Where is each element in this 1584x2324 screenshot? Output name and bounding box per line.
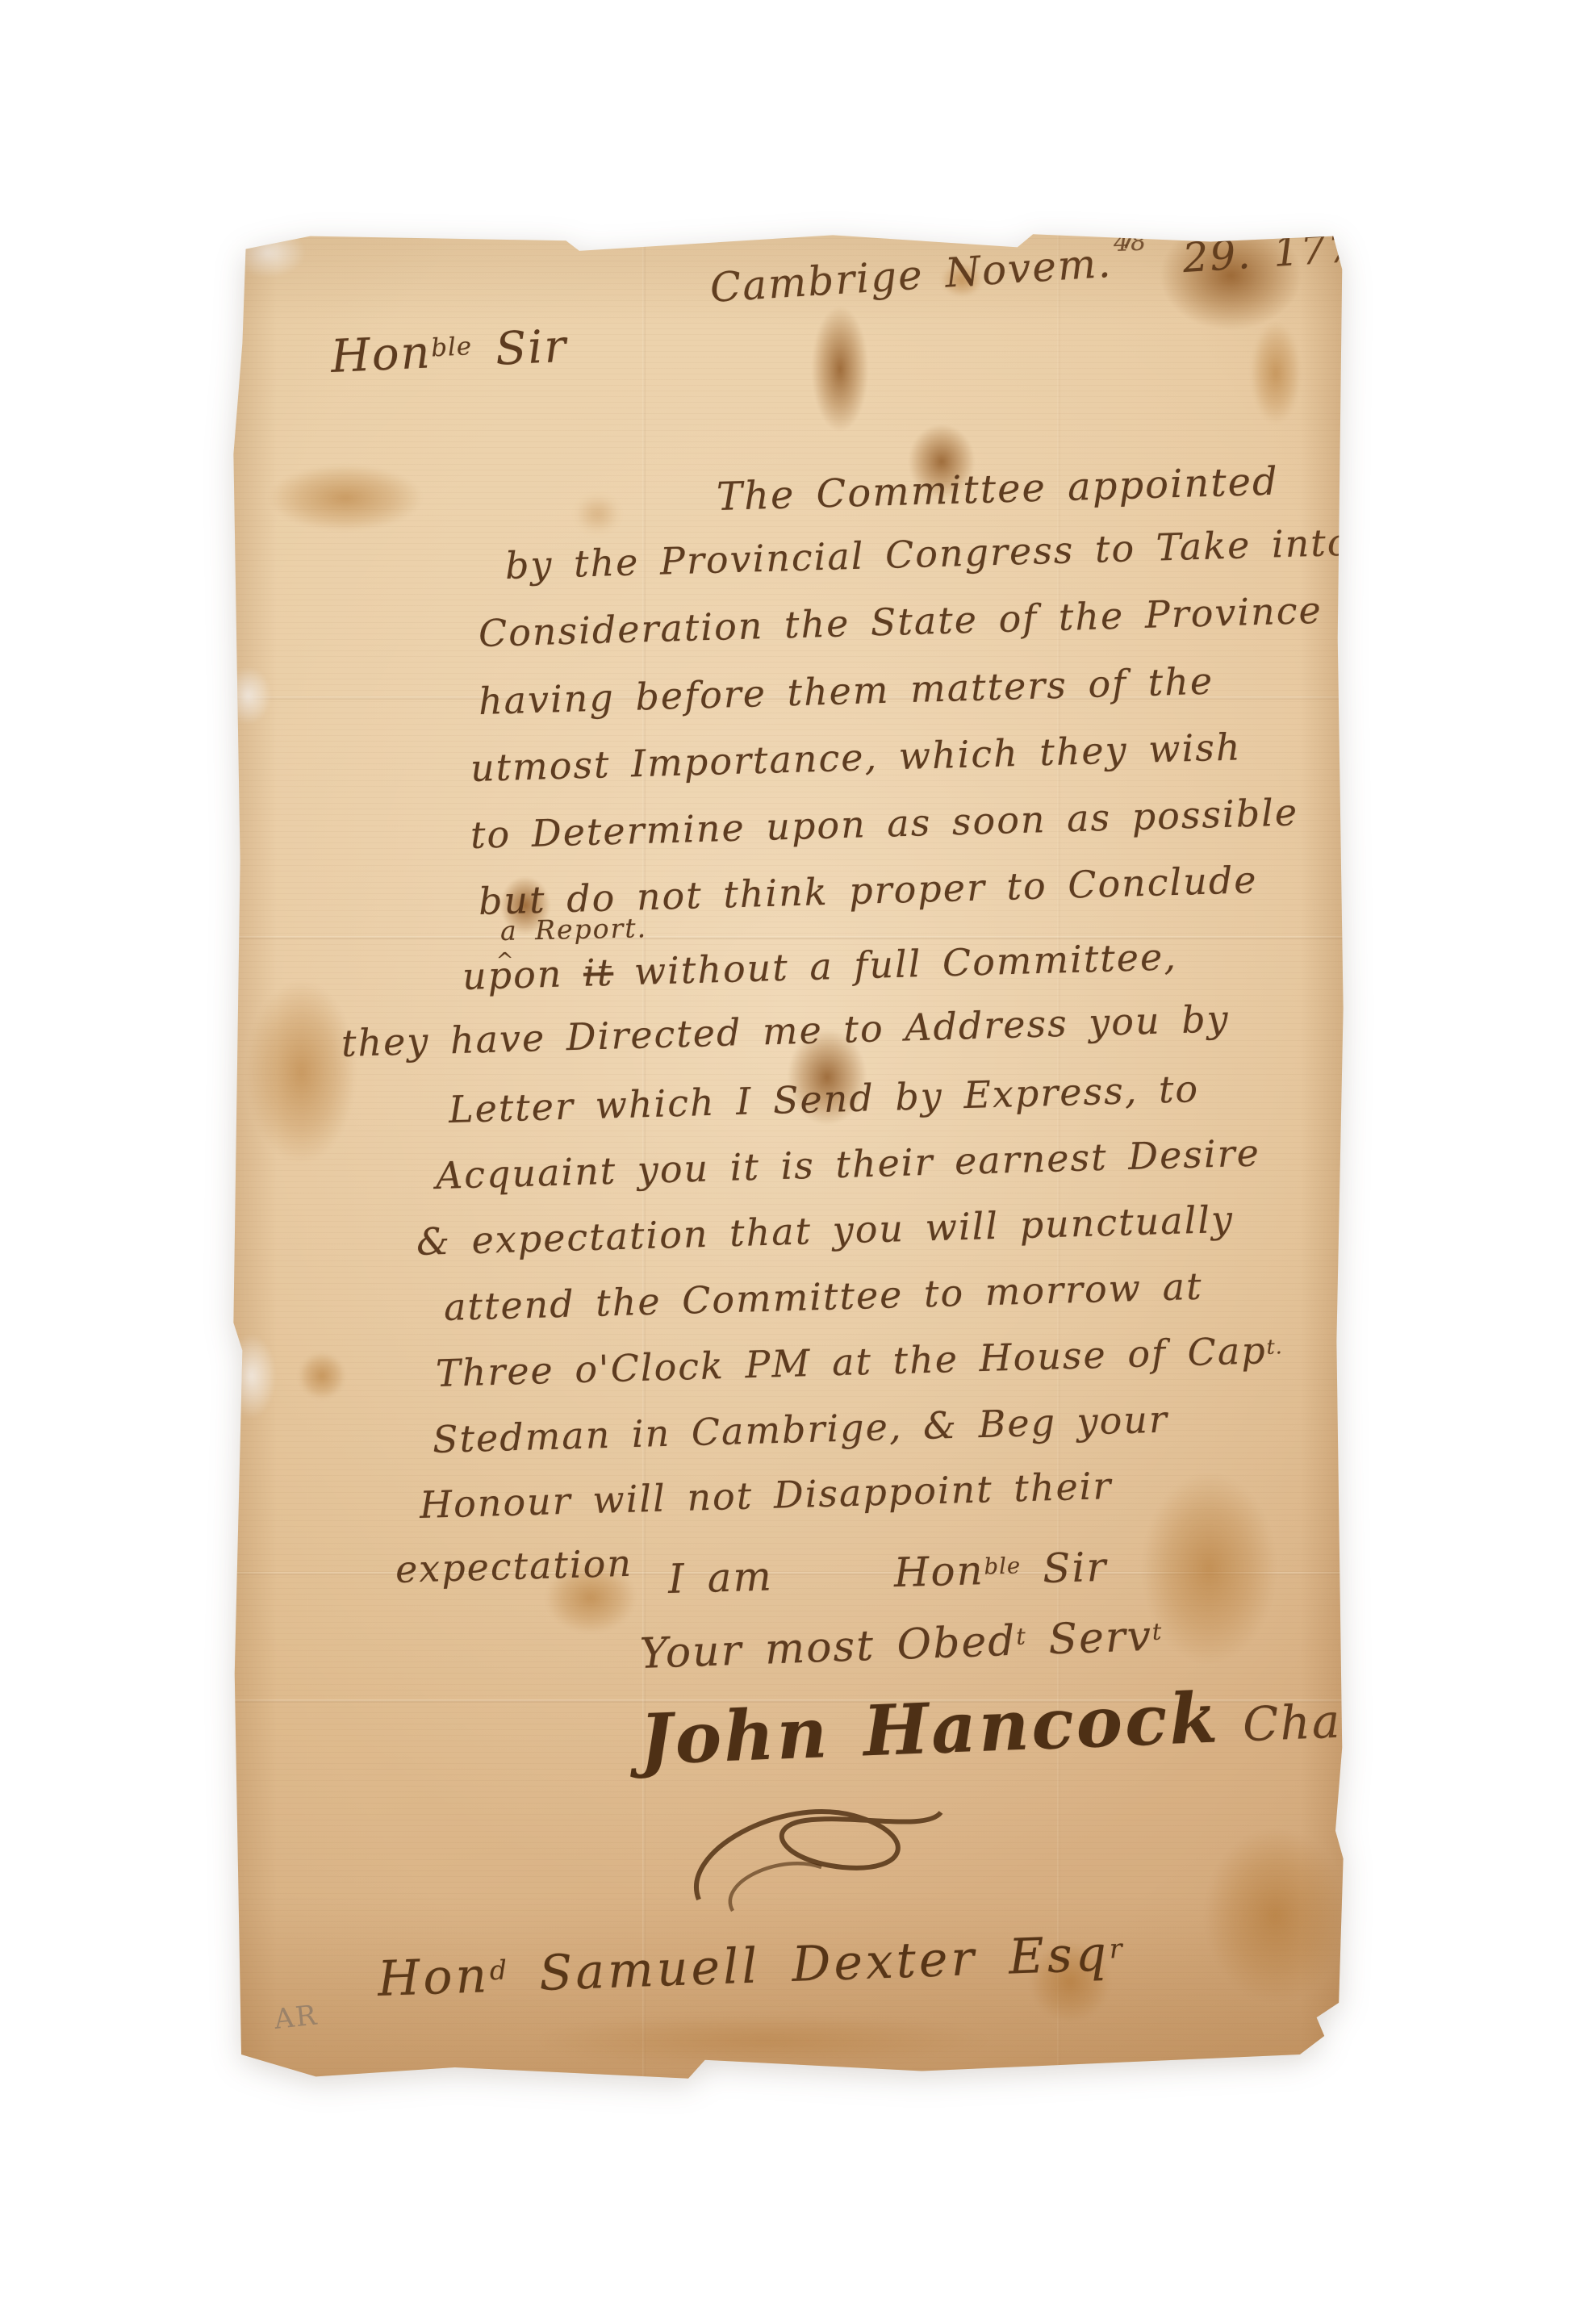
- line-text: Three o'Clock PM at the House of Cap: [435, 1328, 1267, 1395]
- closing-yours-superscript: t: [1151, 1618, 1163, 1645]
- paper-chip: [232, 232, 306, 278]
- closing-honble-superscript: ble: [984, 1553, 1022, 1579]
- salutation-text: Sir: [471, 320, 569, 377]
- closing-i-am: I am: [667, 1553, 773, 1603]
- address-superscript: r: [1109, 1933, 1123, 1965]
- signature: John HancockChairman: [638, 1667, 1344, 1781]
- paper-chip: [232, 667, 271, 725]
- address-line: Hond Samuell Dexter Esqr: [377, 1925, 1124, 2008]
- struck-word: it: [583, 951, 614, 995]
- abbreviation-flourish-icon: [1120, 232, 1174, 252]
- dateline-day-year: 29. 1774: [1181, 232, 1344, 282]
- stain: [812, 307, 868, 432]
- letter-line: Stedman in Cambrige, & Beg your: [432, 1398, 1168, 1461]
- salutation-superscript: ble: [430, 332, 472, 362]
- letter-line: by the Provincial Congress to Take into: [504, 520, 1344, 587]
- letter-line: The Committee appointed: [716, 459, 1279, 520]
- interlined-insertion: a Report. ^: [500, 912, 648, 947]
- salutation: Honble Sir: [330, 320, 569, 383]
- address-superscript: d: [489, 1954, 508, 1987]
- line-superscript: t.: [1266, 1335, 1283, 1359]
- dateline: Cambrige Novem.29. 1774: [708, 232, 1344, 311]
- pencil-mark: AR: [273, 1999, 320, 2035]
- letter-line: having before them matters of the: [478, 659, 1214, 723]
- stain: [575, 495, 620, 533]
- insertion-text: a Report.: [500, 912, 648, 947]
- stain: [299, 1352, 345, 1399]
- signature-paraph-flourish: [684, 1804, 951, 1925]
- stain: [1143, 1473, 1276, 1663]
- closing-yours: Your most Obed: [639, 1617, 1018, 1678]
- closing-line: I amHonble Sir: [667, 1544, 1108, 1603]
- salutation-text: Hon: [330, 326, 433, 383]
- stain: [1205, 1829, 1344, 2002]
- letter-line: Honour will not Disappoint their: [419, 1464, 1113, 1527]
- signature-title: Chairman: [1242, 1688, 1344, 1753]
- letter-line: attend the Committee to morrow at: [443, 1264, 1203, 1329]
- letter-line: expectation: [395, 1541, 633, 1591]
- letter-line: Three o'Clock PM at the House of Capt.: [435, 1328, 1283, 1395]
- address-text: Samuell Dexter Esq: [507, 1925, 1110, 2003]
- fold-crease: [232, 936, 1344, 939]
- stain: [537, 2014, 989, 2067]
- stain: [1251, 323, 1301, 424]
- stain: [247, 981, 356, 1163]
- address-text: Hon: [377, 1947, 491, 2008]
- letter-line: utmost Importance, which they wish: [470, 725, 1242, 790]
- signature-name: John Hancock: [638, 1677, 1222, 1781]
- closing-line: Your most Obedt Servt: [639, 1611, 1164, 1678]
- letter-line: Letter which I Send by Express, to: [448, 1067, 1200, 1131]
- line-text: without a full Committee,: [612, 934, 1177, 993]
- line-text: upon: [462, 951, 583, 998]
- letter-paper-wrap: 48 Cambrige Novem.29. 1774 Honble Sir Th…: [232, 232, 1344, 2080]
- closing-honble: Sir: [1021, 1544, 1109, 1593]
- letter-line: they have Directed me to Address you by: [341, 997, 1230, 1065]
- letter-line: to Determine upon as soon as possible: [470, 790, 1299, 857]
- stain: [269, 465, 422, 531]
- letter-paper: 48 Cambrige Novem.29. 1774 Honble Sir Th…: [232, 232, 1344, 2080]
- paper-chip: [232, 1334, 276, 1419]
- letter-line: & expectation that you will punctually: [416, 1198, 1234, 1264]
- letter-line: Consideration the State of the Province: [478, 588, 1323, 655]
- closing-honble: Hon: [893, 1547, 984, 1596]
- letter-line: Acquaint you it is their earnest Desire: [435, 1131, 1260, 1198]
- dateline-place-month: Cambrige Novem.: [708, 240, 1114, 311]
- photograph-background: 48 Cambrige Novem.29. 1774 Honble Sir Th…: [0, 0, 1584, 2324]
- closing-yours: Serv: [1026, 1612, 1153, 1665]
- closing-gap: [773, 1586, 894, 1590]
